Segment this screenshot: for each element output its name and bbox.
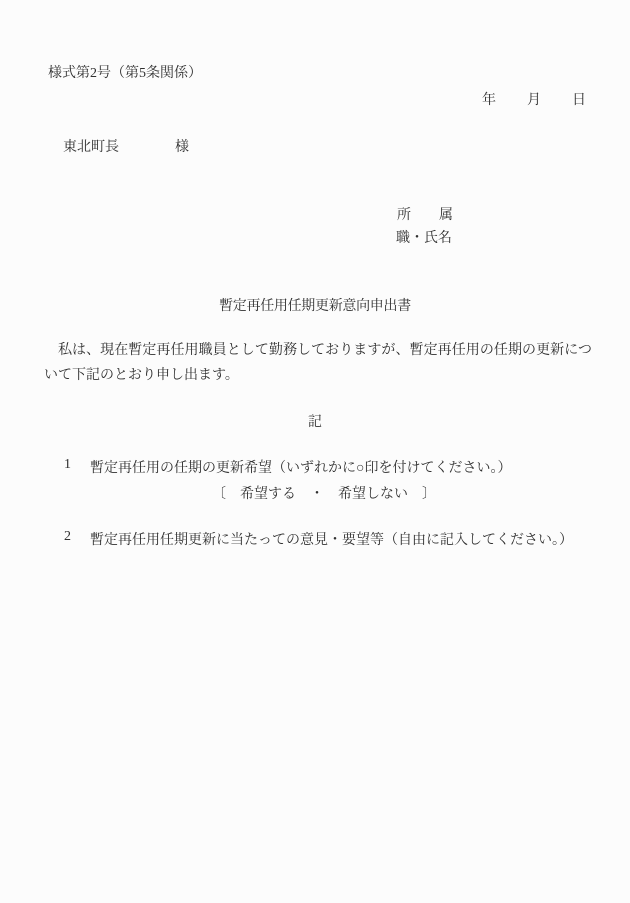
document-page: 様式第2号（第5条関係） 年 月 日 東北町長 様 所 属 職・氏名 暫定再任用… xyxy=(0,0,630,903)
list-item-1-options: 〔 希望する ・ 希望しない 〕 xyxy=(212,483,436,503)
body-paragraph: 私は、現在暫定再任用職員として勤務しておりますが、暫定再任用の任期の更新について… xyxy=(44,339,592,388)
list-item-2-text: 暫定再任用任期更新に当たっての意見・要望等（自由に記入してください。） xyxy=(90,529,573,549)
affiliation-label: 所 属 xyxy=(397,204,453,224)
list-item-2: 2 暫定再任用任期更新に当たっての意見・要望等（自由に記入してください。） xyxy=(64,529,573,549)
list-item-2-number: 2 xyxy=(64,529,90,549)
list-item-1-number: 1 xyxy=(64,457,90,477)
addressee-line: 東北町長 様 xyxy=(63,136,189,156)
date-line: 年 月 日 xyxy=(482,89,587,109)
position-name-label: 職・氏名 xyxy=(396,227,452,247)
list-item-1-text: 暫定再任用の任期の更新希望（いずれかに○印を付けてください。） xyxy=(90,457,511,477)
list-heading: 記 xyxy=(0,411,630,431)
list-item-1: 1 暫定再任用の任期の更新希望（いずれかに○印を付けてください。） xyxy=(64,457,511,477)
form-number: 様式第2号（第5条関係） xyxy=(48,62,202,82)
document-title: 暫定再任用任期更新意向申出書 xyxy=(0,295,630,315)
